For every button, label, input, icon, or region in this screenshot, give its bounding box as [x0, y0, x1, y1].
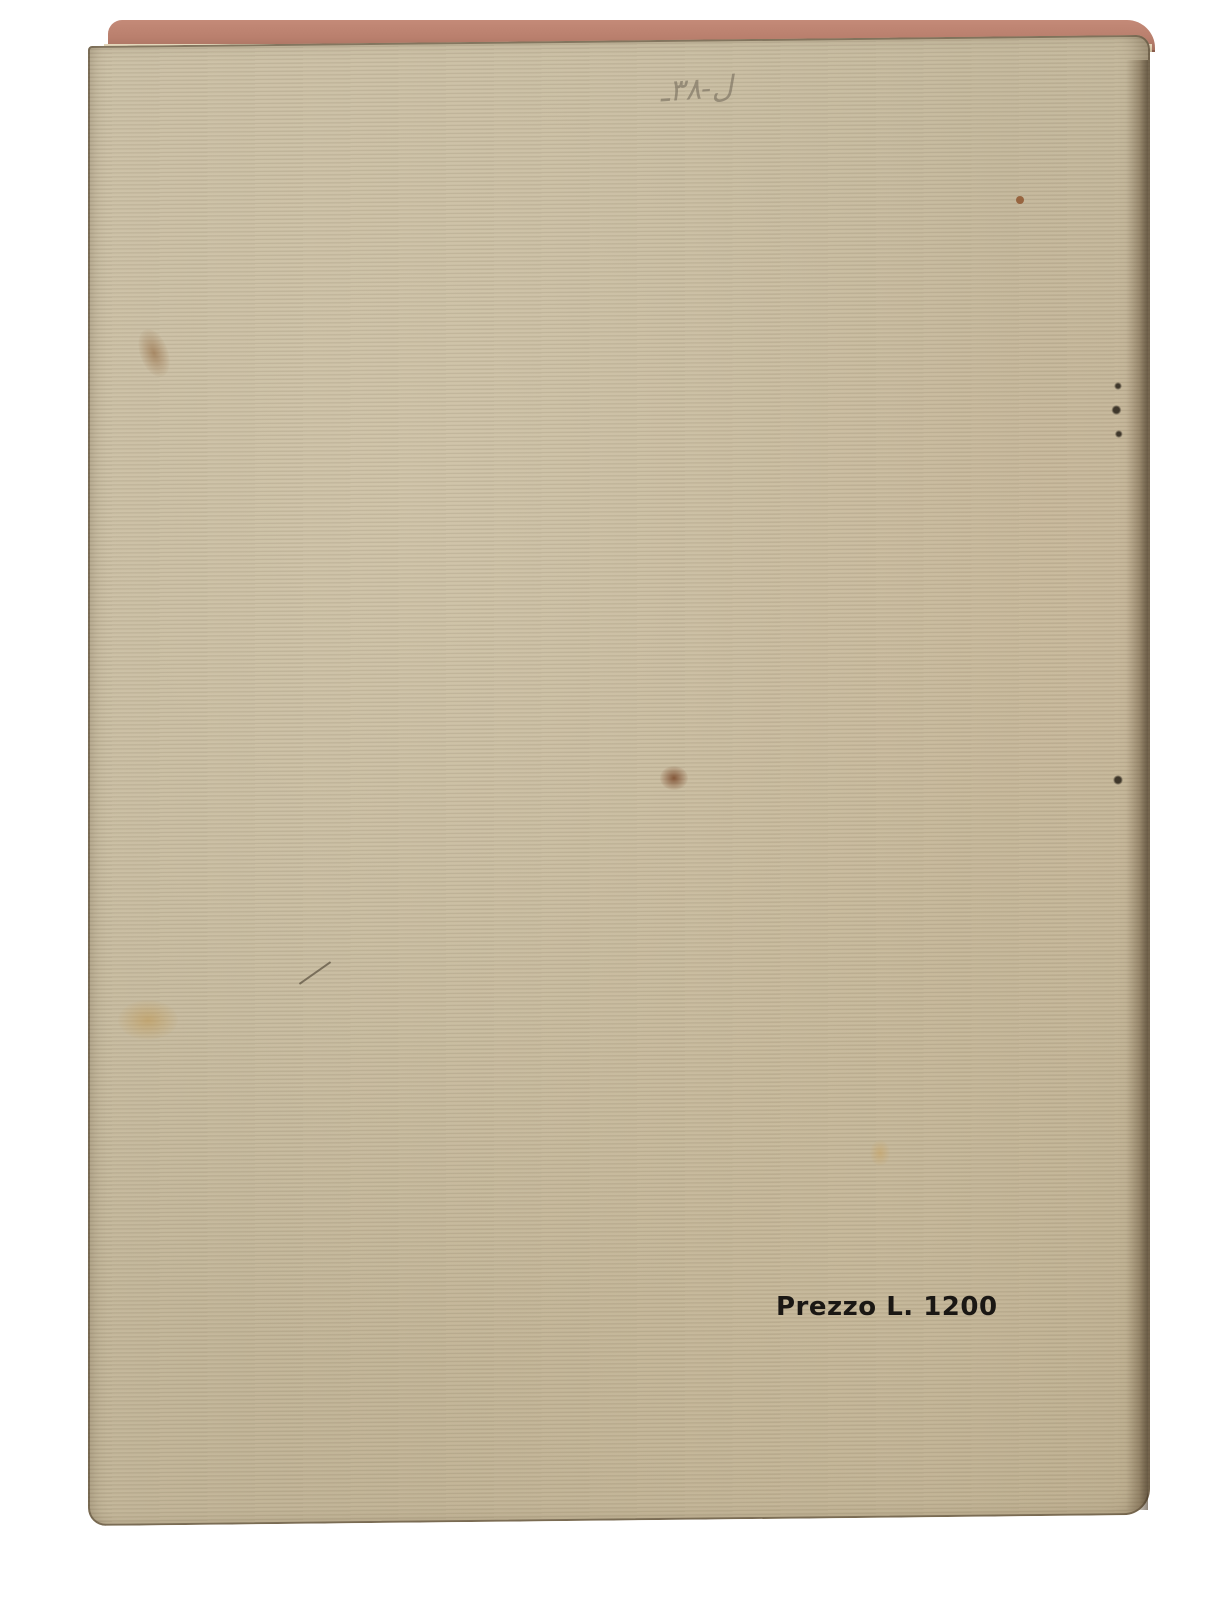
- stain-mark: [118, 1000, 178, 1040]
- price-label: Prezzo L. 1200: [776, 1292, 998, 1322]
- cover-right-edge-shadow: [1126, 60, 1148, 1510]
- foxing-spots: [1110, 764, 1126, 804]
- handwritten-pencil-note: ل-٣٨ـ: [659, 69, 734, 109]
- foxing-spots: [1110, 370, 1126, 450]
- book-back-cover: ل-٣٨ـ Prezzo L. 1200: [0, 0, 1219, 1600]
- stain-mark: [870, 1140, 890, 1166]
- stain-mark: [660, 766, 688, 790]
- stain-mark: [1016, 196, 1024, 204]
